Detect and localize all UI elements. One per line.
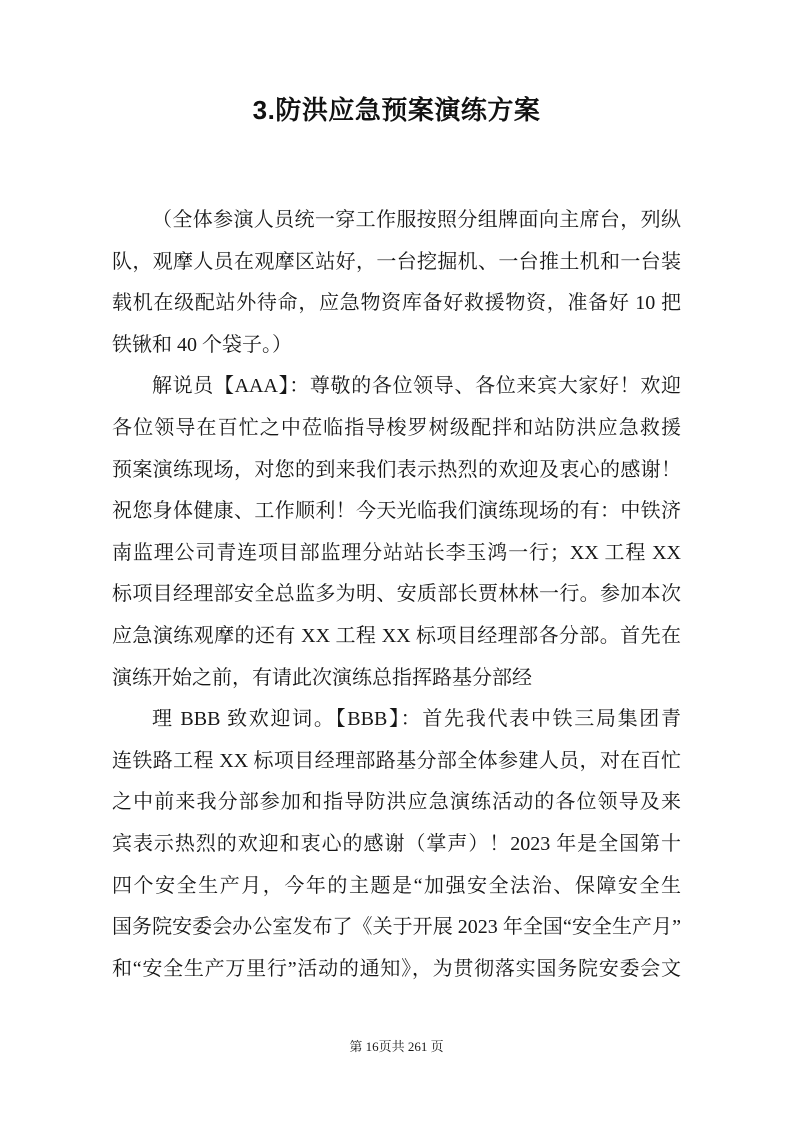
text-line: 应急演练观摩的还有 XX 工程 XX 标项目经理部各分部。首先在	[112, 616, 681, 658]
text-line: （全体参演人员统一穿工作服按照分组牌面向主席台，列纵	[112, 200, 681, 242]
text-line: 各位领导在百忙之中莅临指导梭罗树级配拌和站防洪应急救援	[112, 408, 681, 450]
document-title: 3.防洪应急预案演练方案	[0, 0, 793, 126]
text-line: 连铁路工程 XX 标项目经理部路基分部全体参建人员，对在百忙	[112, 741, 681, 783]
text-line: 载机在级配站外待命，应急物资库备好救援物资，准备好 10 把	[112, 283, 681, 325]
text-line: 铁锹和 40 个袋子。）	[112, 325, 681, 367]
text-line: 演练开始之前，有请此次演练总指挥路基分部经	[112, 658, 681, 700]
text-line: 预案演练现场，对您的到来我们表示热烈的欢迎及衷心的感谢！	[112, 450, 681, 492]
text-line: 和“安全生产万里行”活动的通知》，为贯彻落实国务院安委会文	[112, 949, 681, 991]
text-line: 标项目经理部安全总监多为明、安质部长贾林林一行。参加本次	[112, 574, 681, 616]
text-line: 国务院安委会办公室发布了《关于开展 2023 年全国“安全生产月”	[112, 907, 681, 949]
text-line: 队，观摩人员在观摩区站好，一台挖掘机、一台推土机和一台装	[112, 242, 681, 284]
text-line: 宾表示热烈的欢迎和衷心的感谢（掌声）！2023 年是全国第十	[112, 824, 681, 866]
text-line: 南监理公司青连项目部监理分站站长李玉鸿一行；XX 工程 XX	[112, 533, 681, 575]
text-line: 四个安全生产月，今年的主题是“加强安全法治、保障安全生产”，	[112, 866, 681, 908]
document-body: （全体参演人员统一穿工作服按照分组牌面向主席台，列纵 队，观摩人员在观摩区站好，…	[112, 200, 681, 990]
paragraph: （全体参演人员统一穿工作服按照分组牌面向主席台，列纵 队，观摩人员在观摩区站好，…	[112, 200, 681, 366]
page-footer: 第 16页共 261 页	[0, 1036, 793, 1055]
paragraph: 解说员【AAA】：尊敬的各位领导、各位来宾大家好！欢迎 各位领导在百忙之中莅临指…	[112, 366, 681, 699]
text-line: 之中前来我分部参加和指导防洪应急演练活动的各位领导及来	[112, 782, 681, 824]
text-line: 解说员【AAA】：尊敬的各位领导、各位来宾大家好！欢迎	[112, 366, 681, 408]
document-page: 3.防洪应急预案演练方案 （全体参演人员统一穿工作服按照分组牌面向主席台，列纵 …	[0, 0, 793, 1122]
text-line: 祝您身体健康、工作顺利！今天光临我们演练现场的有：中铁济	[112, 491, 681, 533]
text-line: 理 BBB 致欢迎词。【BBB】：首先我代表中铁三局集团青	[112, 699, 681, 741]
paragraph: 理 BBB 致欢迎词。【BBB】：首先我代表中铁三局集团青 连铁路工程 XX 标…	[112, 699, 681, 990]
